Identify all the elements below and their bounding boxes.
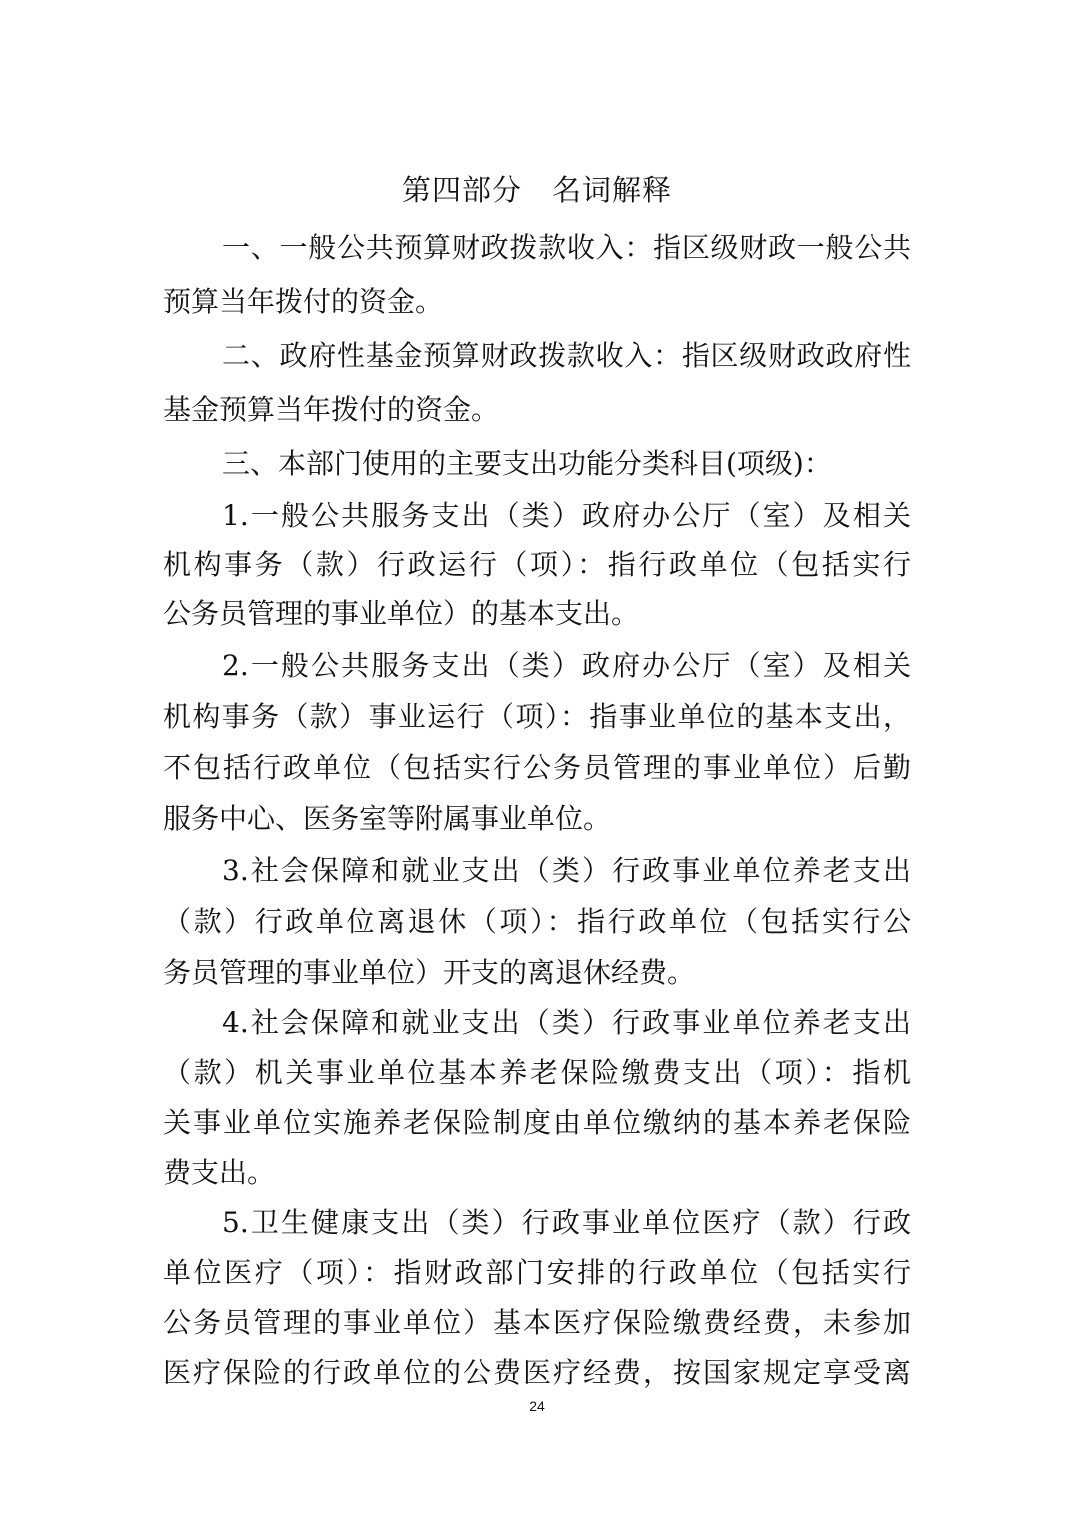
page-number: 24 (0, 1397, 1074, 1415)
paragraph-line: 基金预算当年拨付的资金。 (163, 390, 911, 430)
paragraph-line: 5.卫生健康支出（类）行政事业单位医疗（款）行政 (222, 1203, 911, 1243)
paragraph-line: 二、政府性基金预算财政拨款收入：指区级财政政府性 (222, 336, 911, 376)
paragraph-line: 1.一般公共服务支出（类）政府办公厅（室）及相关 (222, 496, 911, 536)
paragraph-line: 不包括行政单位（包括实行公务员管理的事业单位）后勤 (163, 748, 911, 788)
document-page: 第四部分名词解释 一、一般公共预算财政拨款收入：指区级财政一般公共预算当年拨付的… (0, 0, 1074, 1520)
paragraph-line: 4.社会保障和就业支出（类）行政事业单位养老支出 (222, 1003, 911, 1043)
section-title-part: 第四部分 (402, 173, 522, 207)
paragraph-line: 单位医疗（项）：指财政部门安排的行政单位（包括实行 (163, 1253, 911, 1293)
paragraph-line: 务员管理的事业单位）开支的离退休经费。 (163, 953, 911, 993)
paragraph-line: 2.一般公共服务支出（类）政府办公厅（室）及相关 (222, 646, 911, 686)
paragraph-line: 机构事务（款）行政运行（项）：指行政单位（包括实行 (163, 545, 911, 585)
paragraph-line: 机构事务（款）事业运行（项）：指事业单位的基本支出， (163, 697, 911, 737)
section-title: 第四部分名词解释 (0, 170, 1074, 210)
paragraph-line: 医疗保险的行政单位的公费医疗经费，按国家规定享受离 (163, 1353, 911, 1393)
paragraph-line: 一、一般公共预算财政拨款收入：指区级财政一般公共 (222, 228, 911, 268)
paragraph-line: 费支出。 (163, 1153, 911, 1193)
paragraph-line: （款）行政单位离退休（项）：指行政单位（包括实行公 (163, 902, 911, 942)
paragraph-line: 三、本部门使用的主要支出功能分类科目(项级)： (222, 444, 911, 484)
paragraph-line: 公务员管理的事业单位）的基本支出。 (163, 594, 911, 634)
paragraph-line: 预算当年拨付的资金。 (163, 282, 911, 322)
paragraph-line: 3.社会保障和就业支出（类）行政事业单位养老支出 (222, 851, 911, 891)
paragraph-line: 关事业单位实施养老保险制度由单位缴纳的基本养老保险 (163, 1103, 911, 1143)
section-title-name: 名词解释 (552, 173, 672, 207)
paragraph-line: 公务员管理的事业单位）基本医疗保险缴费经费，未参加 (163, 1303, 911, 1343)
paragraph-line: 服务中心、医务室等附属事业单位。 (163, 799, 911, 839)
paragraph-line: （款）机关事业单位基本养老保险缴费支出（项）：指机 (163, 1053, 911, 1093)
